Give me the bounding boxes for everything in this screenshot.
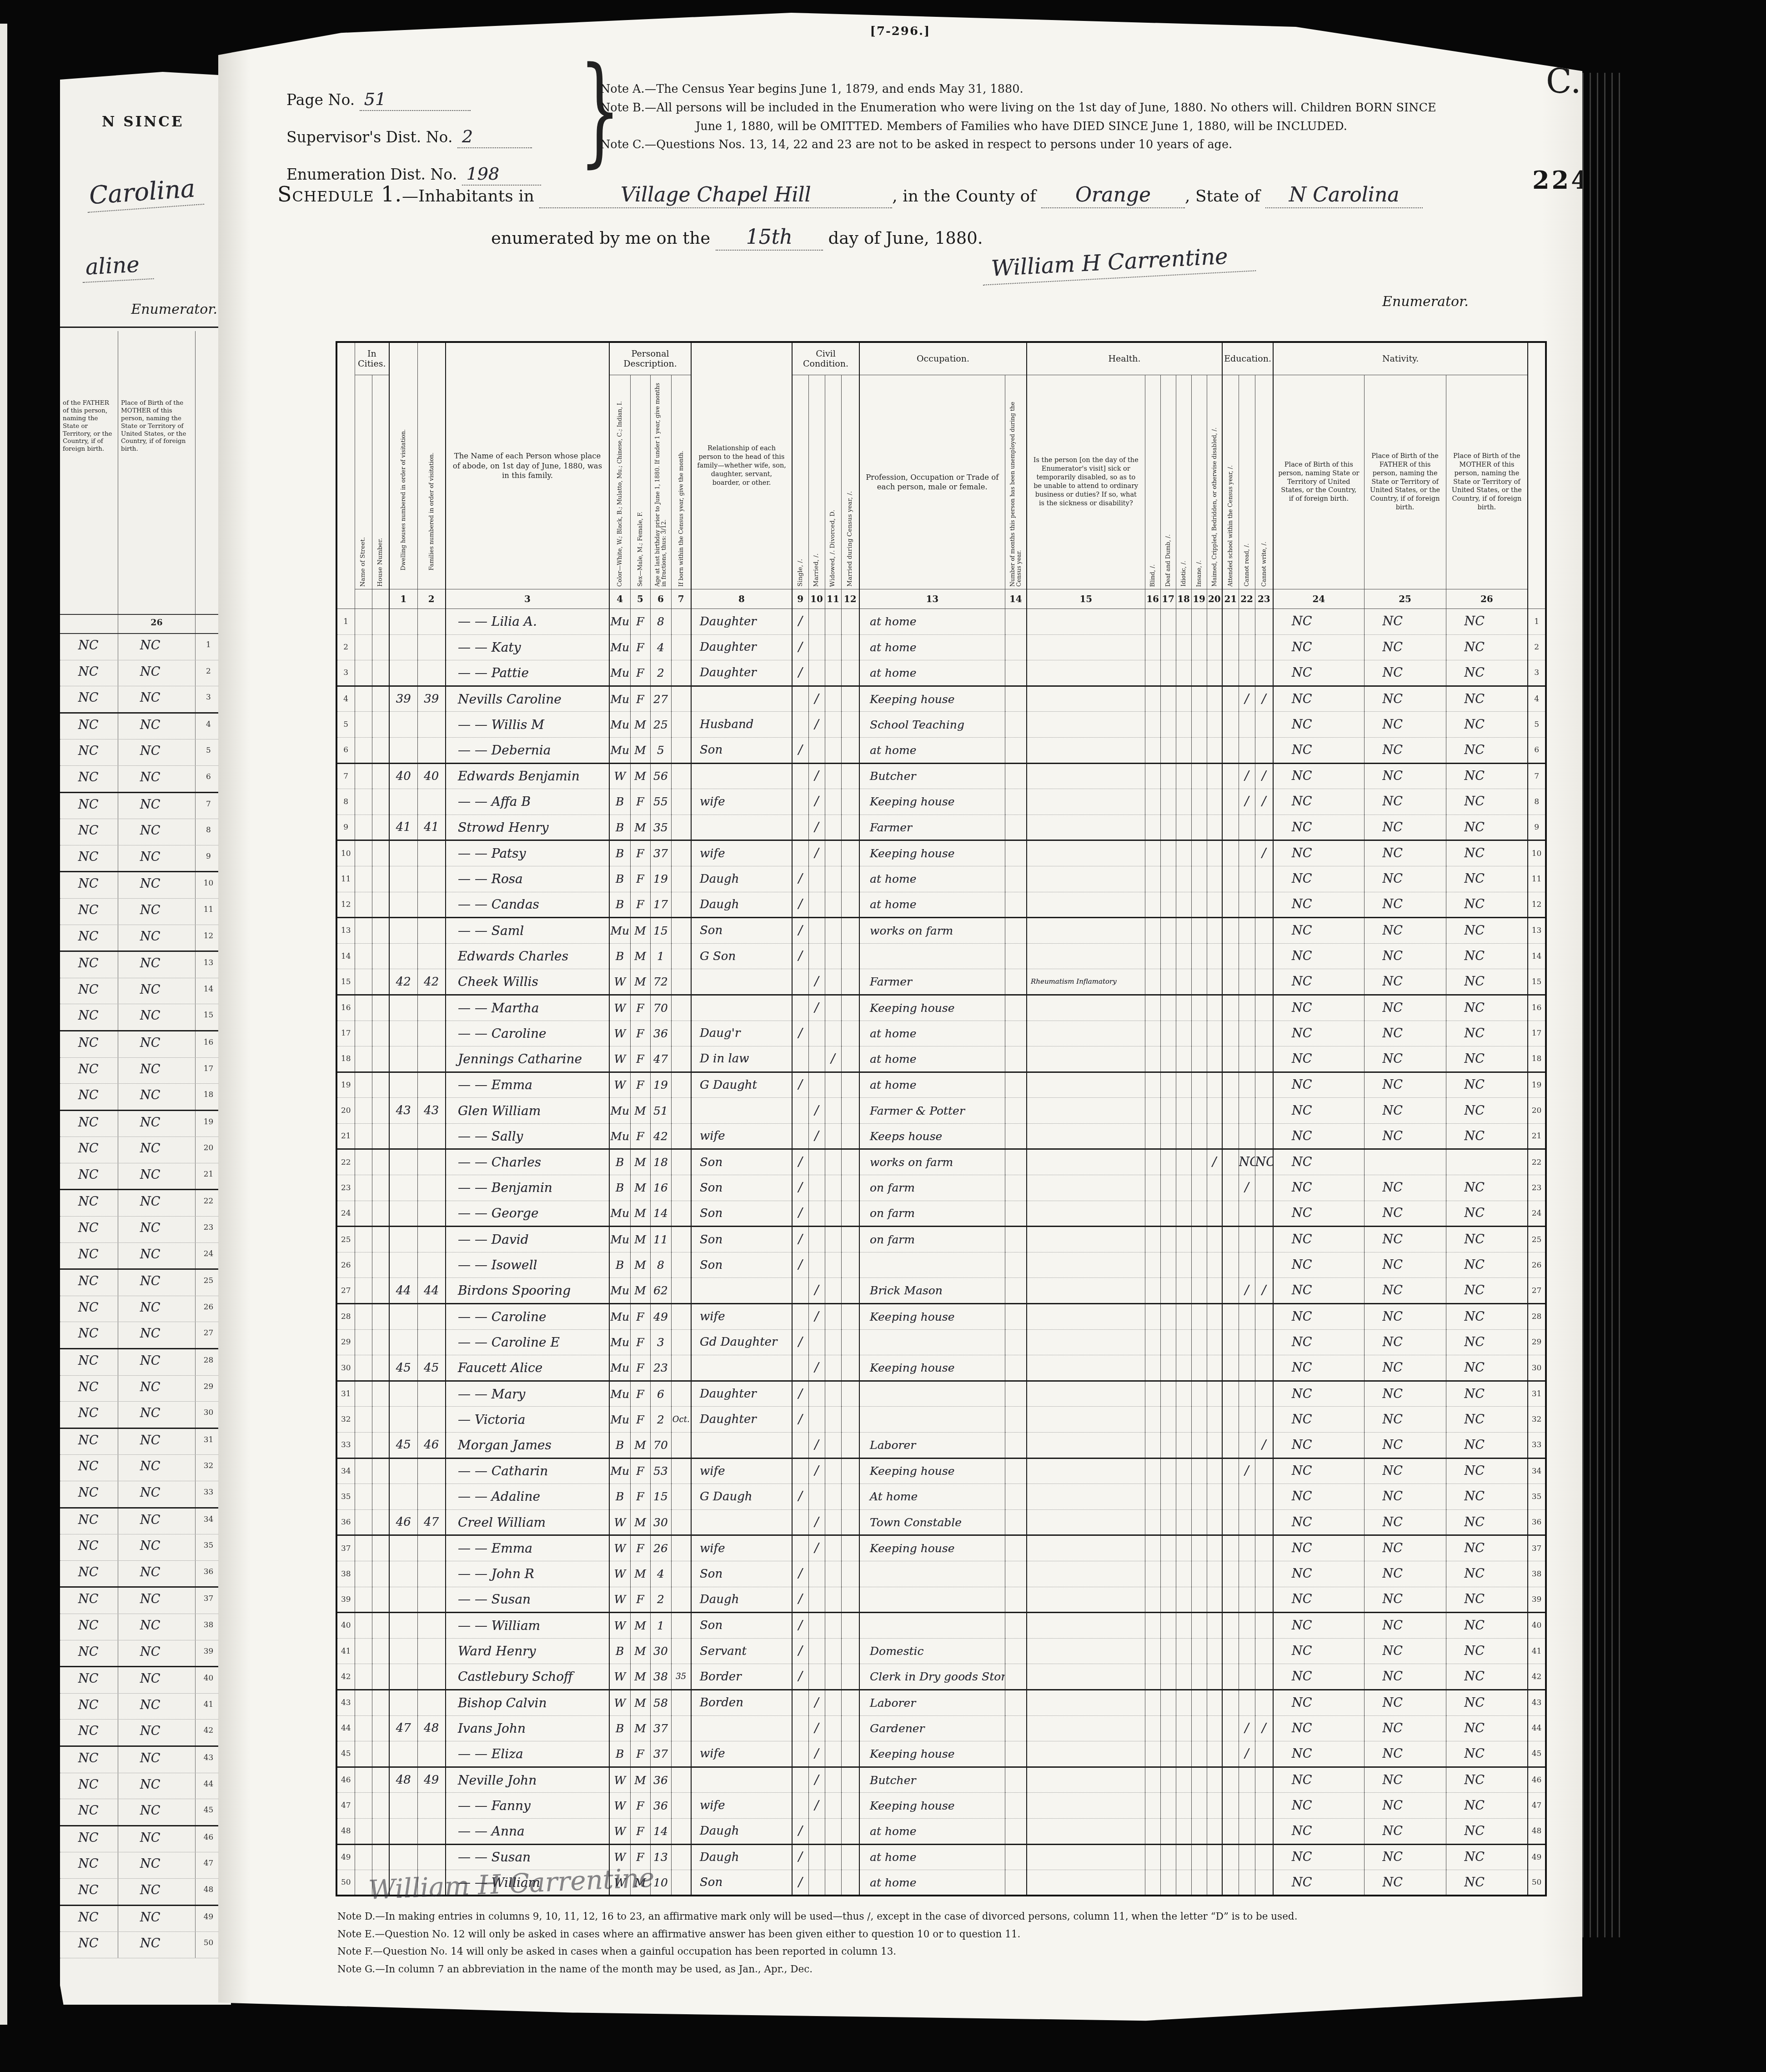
cell-person-name: Creel William <box>446 1509 609 1535</box>
bottom-scan-band <box>0 2025 1766 2072</box>
cell-insane-mark <box>1191 943 1207 969</box>
cell-school-mark <box>1222 1201 1239 1227</box>
cell-married-mark: / <box>808 712 825 738</box>
cell-idiotic-mark <box>1176 1690 1191 1715</box>
prev-birthplace-value: NC <box>60 1190 118 1216</box>
prev-row-number: 26 <box>196 1296 222 1322</box>
row-number-left: 48 <box>336 1818 355 1844</box>
cell-insane-mark <box>1191 1407 1207 1433</box>
table-row: 44 47 48 Ivans John B M 37 / Gardener / … <box>336 1715 1546 1741</box>
row-number-right: 25 <box>1528 1227 1546 1252</box>
cell-house <box>372 1149 389 1175</box>
cell-blind-mark <box>1145 1201 1160 1227</box>
cell-age: 18 <box>650 1149 671 1175</box>
cell-cannot-write-mark: / <box>1255 840 1273 866</box>
prev-rownum-number <box>196 615 222 633</box>
cell-occupation: Clerk in Dry goods Store <box>859 1664 1005 1690</box>
cell-birth-month <box>671 1613 691 1639</box>
row-number-left: 29 <box>336 1329 355 1355</box>
cell-deaf-mark <box>1160 943 1176 969</box>
col8-header: Relationship of each person to the head … <box>691 342 792 589</box>
cell-cannot-read-mark <box>1239 969 1255 995</box>
cell-house <box>372 1484 389 1510</box>
cell-school-mark <box>1222 918 1239 944</box>
cell-school-mark <box>1222 1818 1239 1844</box>
cell-cannot-read-mark <box>1239 1304 1255 1330</box>
cell-married-in-year-mark <box>841 1407 859 1433</box>
cell-school-mark <box>1222 1433 1239 1458</box>
cell-married-in-year-mark <box>841 815 859 840</box>
cell-blind-mark <box>1145 1304 1160 1330</box>
cell-idiotic-mark <box>1176 1355 1191 1381</box>
cell-dwelling-number <box>389 1149 417 1175</box>
cell-age: 56 <box>650 763 671 789</box>
cell-sex: F <box>630 634 650 660</box>
prev-mother-birthplace-value: NC <box>118 1534 196 1560</box>
cell-married-mark <box>808 1664 825 1690</box>
cell-cannot-write-mark <box>1255 1381 1273 1407</box>
row-number-right: 44 <box>1528 1715 1546 1741</box>
cell-months-unemployed <box>1005 1690 1027 1715</box>
col18-header: Idiotic, /. <box>1176 375 1191 589</box>
prev-birthplace-value: NC <box>60 1137 118 1163</box>
cell-school-mark <box>1222 1561 1239 1587</box>
cell-cannot-write-mark <box>1255 1355 1273 1381</box>
cell-married-mark: / <box>808 1793 825 1819</box>
cell-father-birthplace: NC <box>1364 1175 1446 1201</box>
cell-birthplace: NC <box>1273 892 1364 918</box>
cell-father-birthplace: NC <box>1364 737 1446 763</box>
cell-dwelling-number <box>389 1818 417 1844</box>
group-nativity: Nativity. <box>1273 342 1528 375</box>
cell-sickness <box>1027 660 1145 686</box>
cell-married-mark: / <box>808 1433 825 1458</box>
table-row: 31 — — Mary Mu F 6 Daughter / NC NC NC 3… <box>336 1381 1546 1407</box>
cell-school-mark <box>1222 1021 1239 1046</box>
cell-widowed-mark <box>825 1613 841 1639</box>
cell-sex: M <box>630 1175 650 1201</box>
cell-months-unemployed <box>1005 1535 1027 1561</box>
cell-married-in-year-mark <box>841 763 859 789</box>
cell-occupation <box>859 1613 1005 1639</box>
prev-mother-birthplace-value: NC <box>118 1509 196 1534</box>
prev-row-number: 22 <box>196 1190 222 1216</box>
row-number-right: 49 <box>1528 1844 1546 1870</box>
cell-dwelling-number <box>389 1613 417 1639</box>
cell-relationship: Son <box>691 1561 792 1587</box>
note-e: Note E.—Question No. 12 will only be ask… <box>337 1926 1529 1944</box>
table-row: 14 Edwards Charles B M 1 G Son / NC NC N… <box>336 943 1546 969</box>
cell-blind-mark <box>1145 1278 1160 1304</box>
cell-deaf-mark <box>1160 1381 1176 1407</box>
prev-mother-birthplace-value: NC <box>118 845 196 871</box>
cell-blind-mark <box>1145 969 1160 995</box>
cell-birth-month <box>671 1818 691 1844</box>
cell-deaf-mark <box>1160 1072 1176 1098</box>
cell-sex: M <box>630 1278 650 1304</box>
cell-cannot-read-mark <box>1239 1793 1255 1819</box>
cell-married-mark: / <box>808 763 825 789</box>
cell-family-number: 47 <box>417 1509 446 1535</box>
cell-dwelling-number <box>389 866 417 892</box>
cell-birthplace: NC <box>1273 918 1364 944</box>
cell-insane-mark <box>1191 1767 1207 1793</box>
note-d: Note D.—In making entries in columns 9, … <box>337 1908 1529 1926</box>
cell-sickness <box>1027 789 1145 815</box>
cell-insane-mark <box>1191 1870 1207 1896</box>
cell-color: B <box>609 892 630 918</box>
col19-header: Insane, /. <box>1191 375 1207 589</box>
prev-row-number: 19 <box>196 1111 222 1137</box>
cell-person-name: — — Caroline <box>446 1021 609 1046</box>
cell-disabled-mark <box>1207 1021 1222 1046</box>
cell-single-mark <box>792 1355 808 1381</box>
cell-occupation: Laborer <box>859 1433 1005 1458</box>
prev-rows: NCNC1NCNC2NCNC3NCNC4NCNC5NCNC6NCNC7NCNC8… <box>60 634 231 1958</box>
cell-insane-mark <box>1191 892 1207 918</box>
cell-deaf-mark <box>1160 1149 1176 1175</box>
cell-occupation: works on farm <box>859 1149 1005 1175</box>
cell-single-mark: / <box>792 1201 808 1227</box>
cell-deaf-mark <box>1160 1613 1176 1639</box>
cell-blind-mark <box>1145 1484 1160 1510</box>
cell-person-name: — — Charles <box>446 1149 609 1175</box>
cell-sex: F <box>630 660 650 686</box>
cell-widowed-mark <box>825 1741 841 1767</box>
cell-sickness <box>1027 1638 1145 1664</box>
cell-months-unemployed <box>1005 1664 1027 1690</box>
cell-single-mark <box>792 969 808 995</box>
cell-idiotic-mark <box>1176 1741 1191 1767</box>
cell-person-name: — — Emma <box>446 1072 609 1098</box>
cell-school-mark <box>1222 1227 1239 1252</box>
cell-married-in-year-mark <box>841 1149 859 1175</box>
cell-birthplace: NC <box>1273 840 1364 866</box>
cell-deaf-mark <box>1160 1304 1176 1330</box>
prev-mother-birthplace-value: NC <box>118 1720 196 1745</box>
cell-married-in-year-mark <box>841 1535 859 1561</box>
cell-father-birthplace: NC <box>1364 1123 1446 1149</box>
prev-row-number: 2 <box>196 660 222 686</box>
cell-sickness <box>1027 1509 1145 1535</box>
col10-header: Married, /. <box>808 375 825 589</box>
cell-father-birthplace: NC <box>1364 1535 1446 1561</box>
cell-birthplace: NC <box>1273 815 1364 840</box>
cell-birth-month <box>671 1433 691 1458</box>
prev-page-row: NCNC25 <box>60 1270 231 1296</box>
cell-birthplace: NC <box>1273 1458 1364 1484</box>
cell-school-mark <box>1222 1638 1239 1664</box>
cell-idiotic-mark <box>1176 1175 1191 1201</box>
cell-sex: M <box>630 1098 650 1124</box>
cell-relationship: Son <box>691 1252 792 1278</box>
cell-idiotic-mark <box>1176 763 1191 789</box>
cell-insane-mark <box>1191 1304 1207 1330</box>
cell-family-number <box>417 866 446 892</box>
cell-family-number <box>417 1175 446 1201</box>
cell-deaf-mark <box>1160 634 1176 660</box>
cell-married-in-year-mark <box>841 1844 859 1870</box>
cell-mother-birthplace: NC <box>1446 737 1528 763</box>
cell-blind-mark <box>1145 918 1160 944</box>
table-row: 20 43 43 Glen William Mu M 51 / Farmer &… <box>336 1098 1546 1124</box>
cell-single-mark: / <box>792 1870 808 1896</box>
cell-widowed-mark <box>825 1021 841 1046</box>
cell-deaf-mark <box>1160 1638 1176 1664</box>
cell-street <box>355 840 372 866</box>
cell-father-birthplace: NC <box>1364 1407 1446 1433</box>
cell-sex: M <box>630 918 650 944</box>
cell-married-mark <box>808 1046 825 1072</box>
prev-mother-birthplace-value: NC <box>118 1481 196 1507</box>
cell-person-name: — — Lilia A. <box>446 609 609 635</box>
prev-birthplace-value: NC <box>60 1111 118 1137</box>
cell-blind-mark <box>1145 1458 1160 1484</box>
prev-birthplace-value: NC <box>60 1826 118 1852</box>
cell-cannot-write-mark <box>1255 1664 1273 1690</box>
table-row: 10 — — Patsy B F 37 wife / Keeping house… <box>336 840 1546 866</box>
row-number-right: 27 <box>1528 1278 1546 1304</box>
cell-father-birthplace: NC <box>1364 969 1446 995</box>
cell-single-mark: / <box>792 1072 808 1098</box>
cell-street <box>355 1613 372 1639</box>
row-number-left: 50 <box>336 1870 355 1896</box>
cell-sex: M <box>630 1149 650 1175</box>
cell-married-mark <box>808 1329 825 1355</box>
cell-married-in-year-mark <box>841 737 859 763</box>
cell-school-mark <box>1222 737 1239 763</box>
cell-single-mark <box>792 1433 808 1458</box>
cell-blind-mark <box>1145 1227 1160 1252</box>
cell-married-in-year-mark <box>841 1458 859 1484</box>
cell-cannot-read-mark <box>1239 1252 1255 1278</box>
cell-birthplace: NC <box>1273 1304 1364 1330</box>
cell-dwelling-number: 40 <box>389 763 417 789</box>
prev-birthplace-value: NC <box>60 1640 118 1666</box>
cell-street <box>355 1201 372 1227</box>
cell-dwelling-number: 46 <box>389 1509 417 1535</box>
prev-mother-birthplace-value: NC <box>118 1217 196 1242</box>
cell-sickness <box>1027 1175 1145 1201</box>
cell-blind-mark <box>1145 763 1160 789</box>
cell-relationship: Daughter <box>691 660 792 686</box>
table-row: 22 — — Charles B M 18 Son / works on far… <box>336 1149 1546 1175</box>
cell-deaf-mark <box>1160 866 1176 892</box>
prev-birthplace-value: NC <box>60 1879 118 1905</box>
cell-school-mark <box>1222 609 1239 635</box>
cell-cannot-read-mark: / <box>1239 686 1255 712</box>
prev-col26-number: 26 <box>118 615 196 633</box>
cell-color: Mu <box>609 660 630 686</box>
column-number: 24 <box>1273 589 1364 609</box>
cell-cannot-read-mark: / <box>1239 1175 1255 1201</box>
cell-sex: M <box>630 1201 650 1227</box>
cell-dwelling-number <box>389 1458 417 1484</box>
cell-school-mark <box>1222 1767 1239 1793</box>
cell-mother-birthplace: NC <box>1446 1278 1528 1304</box>
cell-cannot-read-mark <box>1239 892 1255 918</box>
cell-father-birthplace: NC <box>1364 1433 1446 1458</box>
cell-color: B <box>609 840 630 866</box>
col9-header: Single, /. <box>792 375 808 589</box>
cell-cannot-read-mark: / <box>1239 1715 1255 1741</box>
cell-school-mark <box>1222 1304 1239 1330</box>
cell-mother-birthplace: NC <box>1446 1072 1528 1098</box>
cell-cannot-write-mark: / <box>1255 1278 1273 1304</box>
census-table: In Cities. Dwelling houses numbered in o… <box>336 341 1547 1896</box>
cell-cannot-write-mark <box>1255 995 1273 1021</box>
prev-col25-header: of the FATHER of this person, naming the… <box>60 331 118 614</box>
cell-color: Mu <box>609 1098 630 1124</box>
cell-family-number <box>417 840 446 866</box>
col6-header: Age at last birthday prior to June 1, 18… <box>650 375 671 589</box>
cell-occupation: at home <box>859 1021 1005 1046</box>
cell-cannot-write-mark <box>1255 1767 1273 1793</box>
table-row: 6 — — Debernia Mu M 5 Son / at home NC N… <box>336 737 1546 763</box>
column-number: 22 <box>1239 589 1255 609</box>
table-row: 19 — — Emma W F 19 G Daught / at home NC… <box>336 1072 1546 1098</box>
cell-sickness <box>1027 1458 1145 1484</box>
cell-birthplace: NC <box>1273 995 1364 1021</box>
cell-single-mark: / <box>792 943 808 969</box>
cell-house <box>372 1458 389 1484</box>
cell-age: 49 <box>650 1304 671 1330</box>
prev-page-row: NCNC42 <box>60 1720 231 1747</box>
cell-married-in-year-mark <box>841 943 859 969</box>
cell-house <box>372 737 389 763</box>
cell-relationship: Son <box>691 1175 792 1201</box>
table-row: 30 45 45 Faucett Alice Mu F 23 / Keeping… <box>336 1355 1546 1381</box>
cell-widowed-mark <box>825 1433 841 1458</box>
cell-deaf-mark <box>1160 1458 1176 1484</box>
cell-mother-birthplace: NC <box>1446 686 1528 712</box>
cell-birthplace: NC <box>1273 1046 1364 1072</box>
table-row: 43 Bishop Calvin W M 58 Borden / Laborer… <box>336 1690 1546 1715</box>
cell-sickness <box>1027 1072 1145 1098</box>
cell-birthplace: NC <box>1273 1818 1364 1844</box>
cell-occupation: at home <box>859 1818 1005 1844</box>
cell-widowed-mark <box>825 1304 841 1330</box>
cell-cannot-read-mark <box>1239 1098 1255 1124</box>
cell-months-unemployed <box>1005 1329 1027 1355</box>
cell-mother-birthplace: NC <box>1446 866 1528 892</box>
cell-dwelling-number <box>389 634 417 660</box>
cell-father-birthplace: NC <box>1364 1870 1446 1896</box>
cell-widowed-mark <box>825 1535 841 1561</box>
cell-occupation: at home <box>859 634 1005 660</box>
prev-page-row: NCNC39 <box>60 1640 231 1668</box>
cell-age: 36 <box>650 1767 671 1793</box>
cell-father-birthplace: NC <box>1364 1355 1446 1381</box>
table-row: 36 46 47 Creel William W M 30 / Town Con… <box>336 1509 1546 1535</box>
cell-married-mark <box>808 660 825 686</box>
prev-page-row: NCNC37 <box>60 1588 231 1614</box>
cell-married-in-year-mark <box>841 1484 859 1510</box>
col1-header: Dwelling houses numbered in order of vis… <box>389 342 417 589</box>
prev-row-number: 37 <box>196 1588 222 1614</box>
cell-dwelling-number <box>389 1201 417 1227</box>
cell-married-mark <box>808 1381 825 1407</box>
row-number-left: 24 <box>336 1201 355 1227</box>
page-no-label: Page No. <box>286 91 355 109</box>
cell-street <box>355 1638 372 1664</box>
cell-house <box>372 1123 389 1149</box>
cell-widowed-mark <box>825 892 841 918</box>
cell-dwelling-number: 45 <box>389 1355 417 1381</box>
cell-cannot-read-mark <box>1239 1123 1255 1149</box>
cell-street <box>355 892 372 918</box>
cell-married-in-year-mark <box>841 969 859 995</box>
prev-birthplace-value: NC <box>60 766 118 792</box>
cell-father-birthplace: NC <box>1364 1741 1446 1767</box>
cell-sex: M <box>630 969 650 995</box>
cell-married-in-year-mark <box>841 1304 859 1330</box>
cell-father-birthplace: NC <box>1364 1329 1446 1355</box>
cell-married-mark: / <box>808 1304 825 1330</box>
table-row: 39 — — Susan W F 2 Daugh / NC NC NC 39 <box>336 1587 1546 1613</box>
prev-mother-birthplace-value: NC <box>118 819 196 845</box>
cell-family-number: 44 <box>417 1278 446 1304</box>
prev-page-row: NCNC22 <box>60 1190 231 1217</box>
cell-person-name: Ivans John <box>446 1715 609 1741</box>
cell-relationship: wife <box>691 1535 792 1561</box>
cell-street <box>355 1767 372 1793</box>
row-number-left: 22 <box>336 1149 355 1175</box>
cell-married-mark <box>808 1227 825 1252</box>
cell-birth-month <box>671 660 691 686</box>
prev-birthplace-value: NC <box>60 1243 118 1269</box>
cell-single-mark: / <box>792 1381 808 1407</box>
cell-street <box>355 866 372 892</box>
col3-header: The Name of each Person whose place of a… <box>446 342 609 589</box>
cell-deaf-mark <box>1160 1664 1176 1690</box>
cell-sex: M <box>630 1613 650 1639</box>
cell-idiotic-mark <box>1176 737 1191 763</box>
cell-disabled-mark <box>1207 789 1222 815</box>
county-label: , in the County of <box>892 187 1036 206</box>
cell-relationship: Son <box>691 1201 792 1227</box>
prev-row-number: 20 <box>196 1137 222 1163</box>
prev-page-row: NCNC14 <box>60 978 231 1005</box>
cell-father-birthplace: NC <box>1364 1458 1446 1484</box>
cell-school-mark <box>1222 789 1239 815</box>
table-row: 37 — — Emma W F 26 wife / Keeping house … <box>336 1535 1546 1561</box>
cell-mother-birthplace: NC <box>1446 840 1528 866</box>
cell-single-mark: / <box>792 1638 808 1664</box>
cell-single-mark: / <box>792 918 808 944</box>
cell-person-name: Faucett Alice <box>446 1355 609 1381</box>
prev-mother-birthplace-value: NC <box>118 1694 196 1720</box>
cell-mother-birthplace: NC <box>1446 1715 1528 1741</box>
cell-married-mark <box>808 634 825 660</box>
cell-occupation: Gardener <box>859 1715 1005 1741</box>
cell-street <box>355 1664 372 1690</box>
cell-house <box>372 1793 389 1819</box>
cell-person-name: — — Emma <box>446 1535 609 1561</box>
row-number-left: 47 <box>336 1793 355 1819</box>
cell-months-unemployed <box>1005 1870 1027 1896</box>
cell-age: 2 <box>650 1587 671 1613</box>
cell-birth-month <box>671 1278 691 1304</box>
cell-person-name: Strowd Henry <box>446 815 609 840</box>
cell-color: W <box>609 1509 630 1535</box>
cell-dwelling-number <box>389 1484 417 1510</box>
row-number-left: 9 <box>336 815 355 840</box>
cell-street <box>355 995 372 1021</box>
cell-disabled-mark <box>1207 1870 1222 1896</box>
cell-blind-mark <box>1145 1767 1160 1793</box>
cell-school-mark <box>1222 943 1239 969</box>
